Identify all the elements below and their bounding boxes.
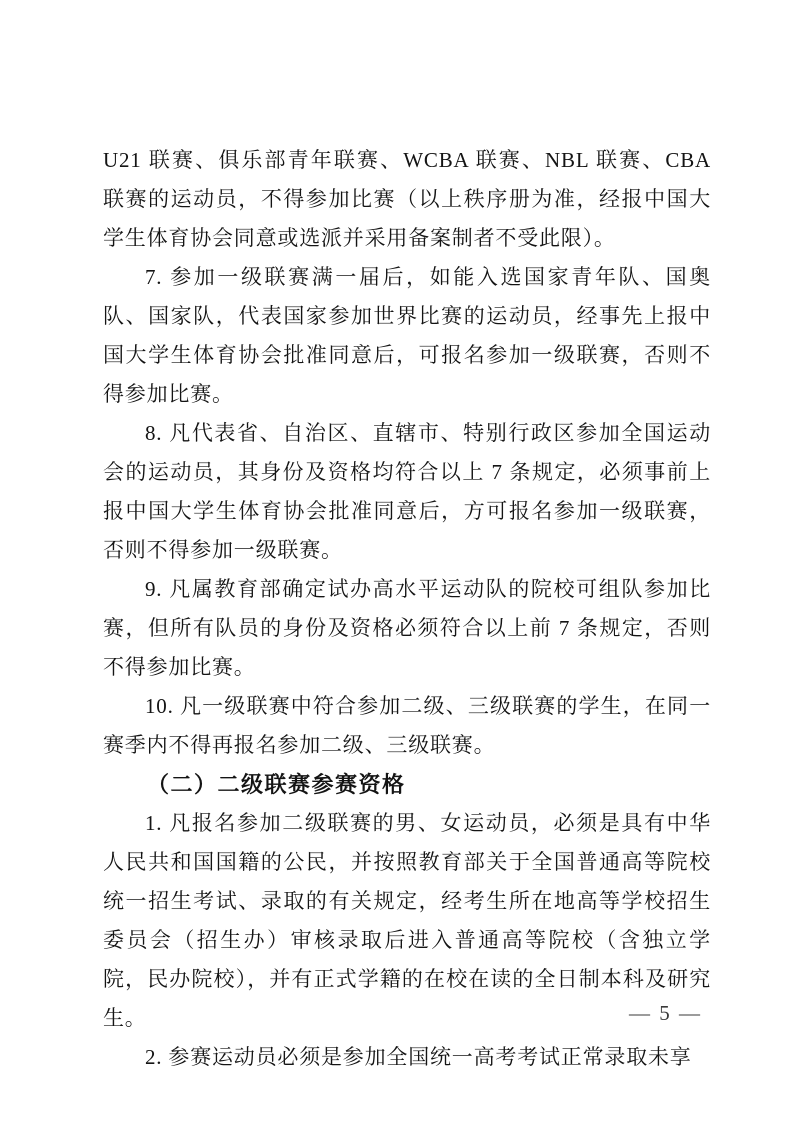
paragraph-item-10: 10. 凡一级联赛中符合参加二级、三级联赛的学生，在同一赛季内不得再报名参加二级…	[103, 687, 711, 765]
paragraph-item-2: 2. 参赛运动员必须是参加全国统一高考考试正常录取未享	[103, 1038, 711, 1077]
paragraph-item-8: 8. 凡代表省、自治区、直辖市、特别行政区参加全国运动会的运动员，其身份及资格均…	[103, 414, 711, 570]
paragraph-item-1: 1. 凡报名参加二级联赛的男、女运动员，必须是具有中华人民共和国国籍的公民，并按…	[103, 804, 711, 1038]
paragraph-continuation: U21 联赛、俱乐部青年联赛、WCBA 联赛、NBL 联赛、CBA 联赛的运动员…	[103, 141, 711, 258]
document-page: U21 联赛、俱乐部青年联赛、WCBA 联赛、NBL 联赛、CBA 联赛的运动员…	[0, 0, 800, 1131]
page-number: — 5 —	[629, 999, 702, 1027]
document-body: U21 联赛、俱乐部青年联赛、WCBA 联赛、NBL 联赛、CBA 联赛的运动员…	[103, 141, 711, 1077]
paragraph-item-7: 7. 参加一级联赛满一届后，如能入选国家青年队、国奥队、国家队，代表国家参加世界…	[103, 258, 711, 414]
paragraph-item-9: 9. 凡属教育部确定试办高水平运动队的院校可组队参加比赛，但所有队员的身份及资格…	[103, 570, 711, 687]
section-heading: （二）二级联赛参赛资格	[103, 765, 711, 804]
